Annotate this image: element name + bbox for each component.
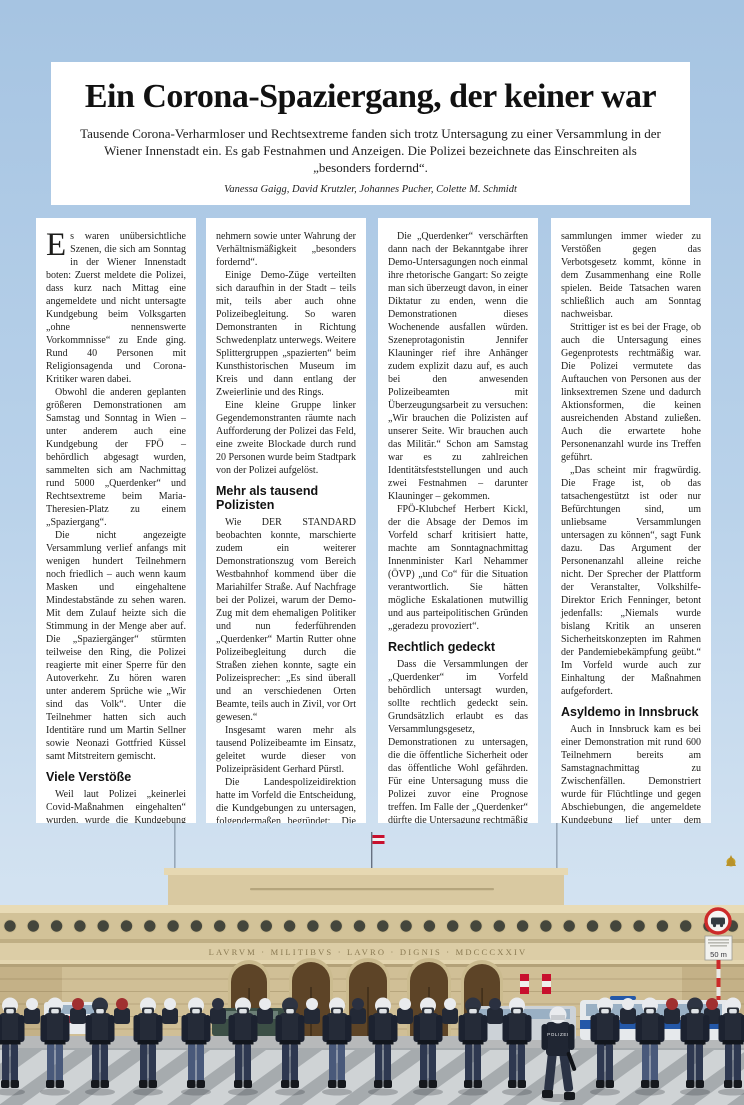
- article-paragraph: nehmern sowie unter Wahrung der Verhältn…: [216, 230, 356, 269]
- polizei-back-label: POLIZEI: [547, 1032, 569, 1037]
- gate-cornice: [0, 905, 744, 913]
- article-deck: Tausende Corona-Verharmloser und Rechtse…: [77, 125, 664, 176]
- article-paragraph: Weil laut Polizei „keinerlei Covid-Maßna…: [46, 788, 186, 823]
- article-paragraph: Die „Querdenker“ verschärften dann nach …: [388, 230, 528, 503]
- column-subhead: Mehr als tausend Polizisten: [216, 484, 356, 512]
- article-column-4: sammlungen immer wieder zu Verstößen geg…: [551, 218, 711, 823]
- article-paragraph: Die nicht angezeigte Versammlung verlief…: [46, 529, 186, 763]
- article-paragraph: FPÖ-Klubchef Herbert Kickl, der die Absa…: [388, 503, 528, 633]
- article-column-3: Die „Querdenker“ verschärften dann nach …: [378, 218, 538, 823]
- austrian-flag-icon: [373, 835, 385, 844]
- article-column-2: nehmern sowie unter Wahrung der Verhältn…: [206, 218, 366, 823]
- article-paragraph: „Das scheint mir fragwürdig. Die Frage i…: [561, 464, 701, 698]
- article-paragraph: Insgesamt waren mehr als tausend Polizei…: [216, 724, 356, 776]
- striped-pole: [717, 960, 721, 1006]
- drop-cap: E: [46, 230, 70, 259]
- article-header: Ein Corona-Spaziergang, der keiner war T…: [51, 62, 690, 205]
- article-paragraph: sammlungen immer wieder zu Verstößen geg…: [561, 230, 701, 321]
- article-column-1: Es waren unübersichtliche Szenen, die si…: [36, 218, 196, 823]
- article-paragraph: Auch in Innsbruck kam es bei einer Demon…: [561, 723, 701, 823]
- article-paragraph: Wie DER STANDARD beobachten konnte, mars…: [216, 516, 356, 724]
- distance-sign-label: 50 m: [710, 950, 727, 959]
- article-paragraph: Dass die Versammlungen der „Querdenker“ …: [388, 658, 528, 823]
- article-paragraph-lead: Es waren unübersichtliche Szenen, die si…: [46, 230, 186, 386]
- article-paragraph: Strittiger ist es bei der Frage, ob auch…: [561, 321, 701, 464]
- article-paragraph: Die Landespolizeidirektion hatte im Vorf…: [216, 776, 356, 823]
- column-subhead: Rechtlich gedeckt: [388, 640, 528, 654]
- distance-plate: 50 m: [705, 936, 732, 960]
- article-paragraph: Einige Demo-Züge verteilten sich daraufh…: [216, 269, 356, 399]
- article-byline: Vanessa Gaigg, David Krutzler, Johannes …: [51, 184, 690, 195]
- column-subhead: Viele Verstöße: [46, 770, 186, 784]
- gate-inscription: LAVRVM · MILITIBVS · LAVRO · DIGNIS · MD…: [209, 947, 528, 957]
- article-paragraph: Eine kleine Gruppe linker Gegendemonstra…: [216, 399, 356, 477]
- no-buses-sign-icon: [706, 909, 730, 933]
- article-paragraph: Obwohl die anderen geplanten größeren De…: [46, 386, 186, 529]
- column-subhead: Asyldemo in Innsbruck: [561, 705, 701, 719]
- article-title: Ein Corona-Spaziergang, der keiner war: [51, 78, 690, 116]
- newspaper-page: LAVRVM · MILITIBVS · LAVRO · DIGNIS · MD…: [0, 0, 744, 1105]
